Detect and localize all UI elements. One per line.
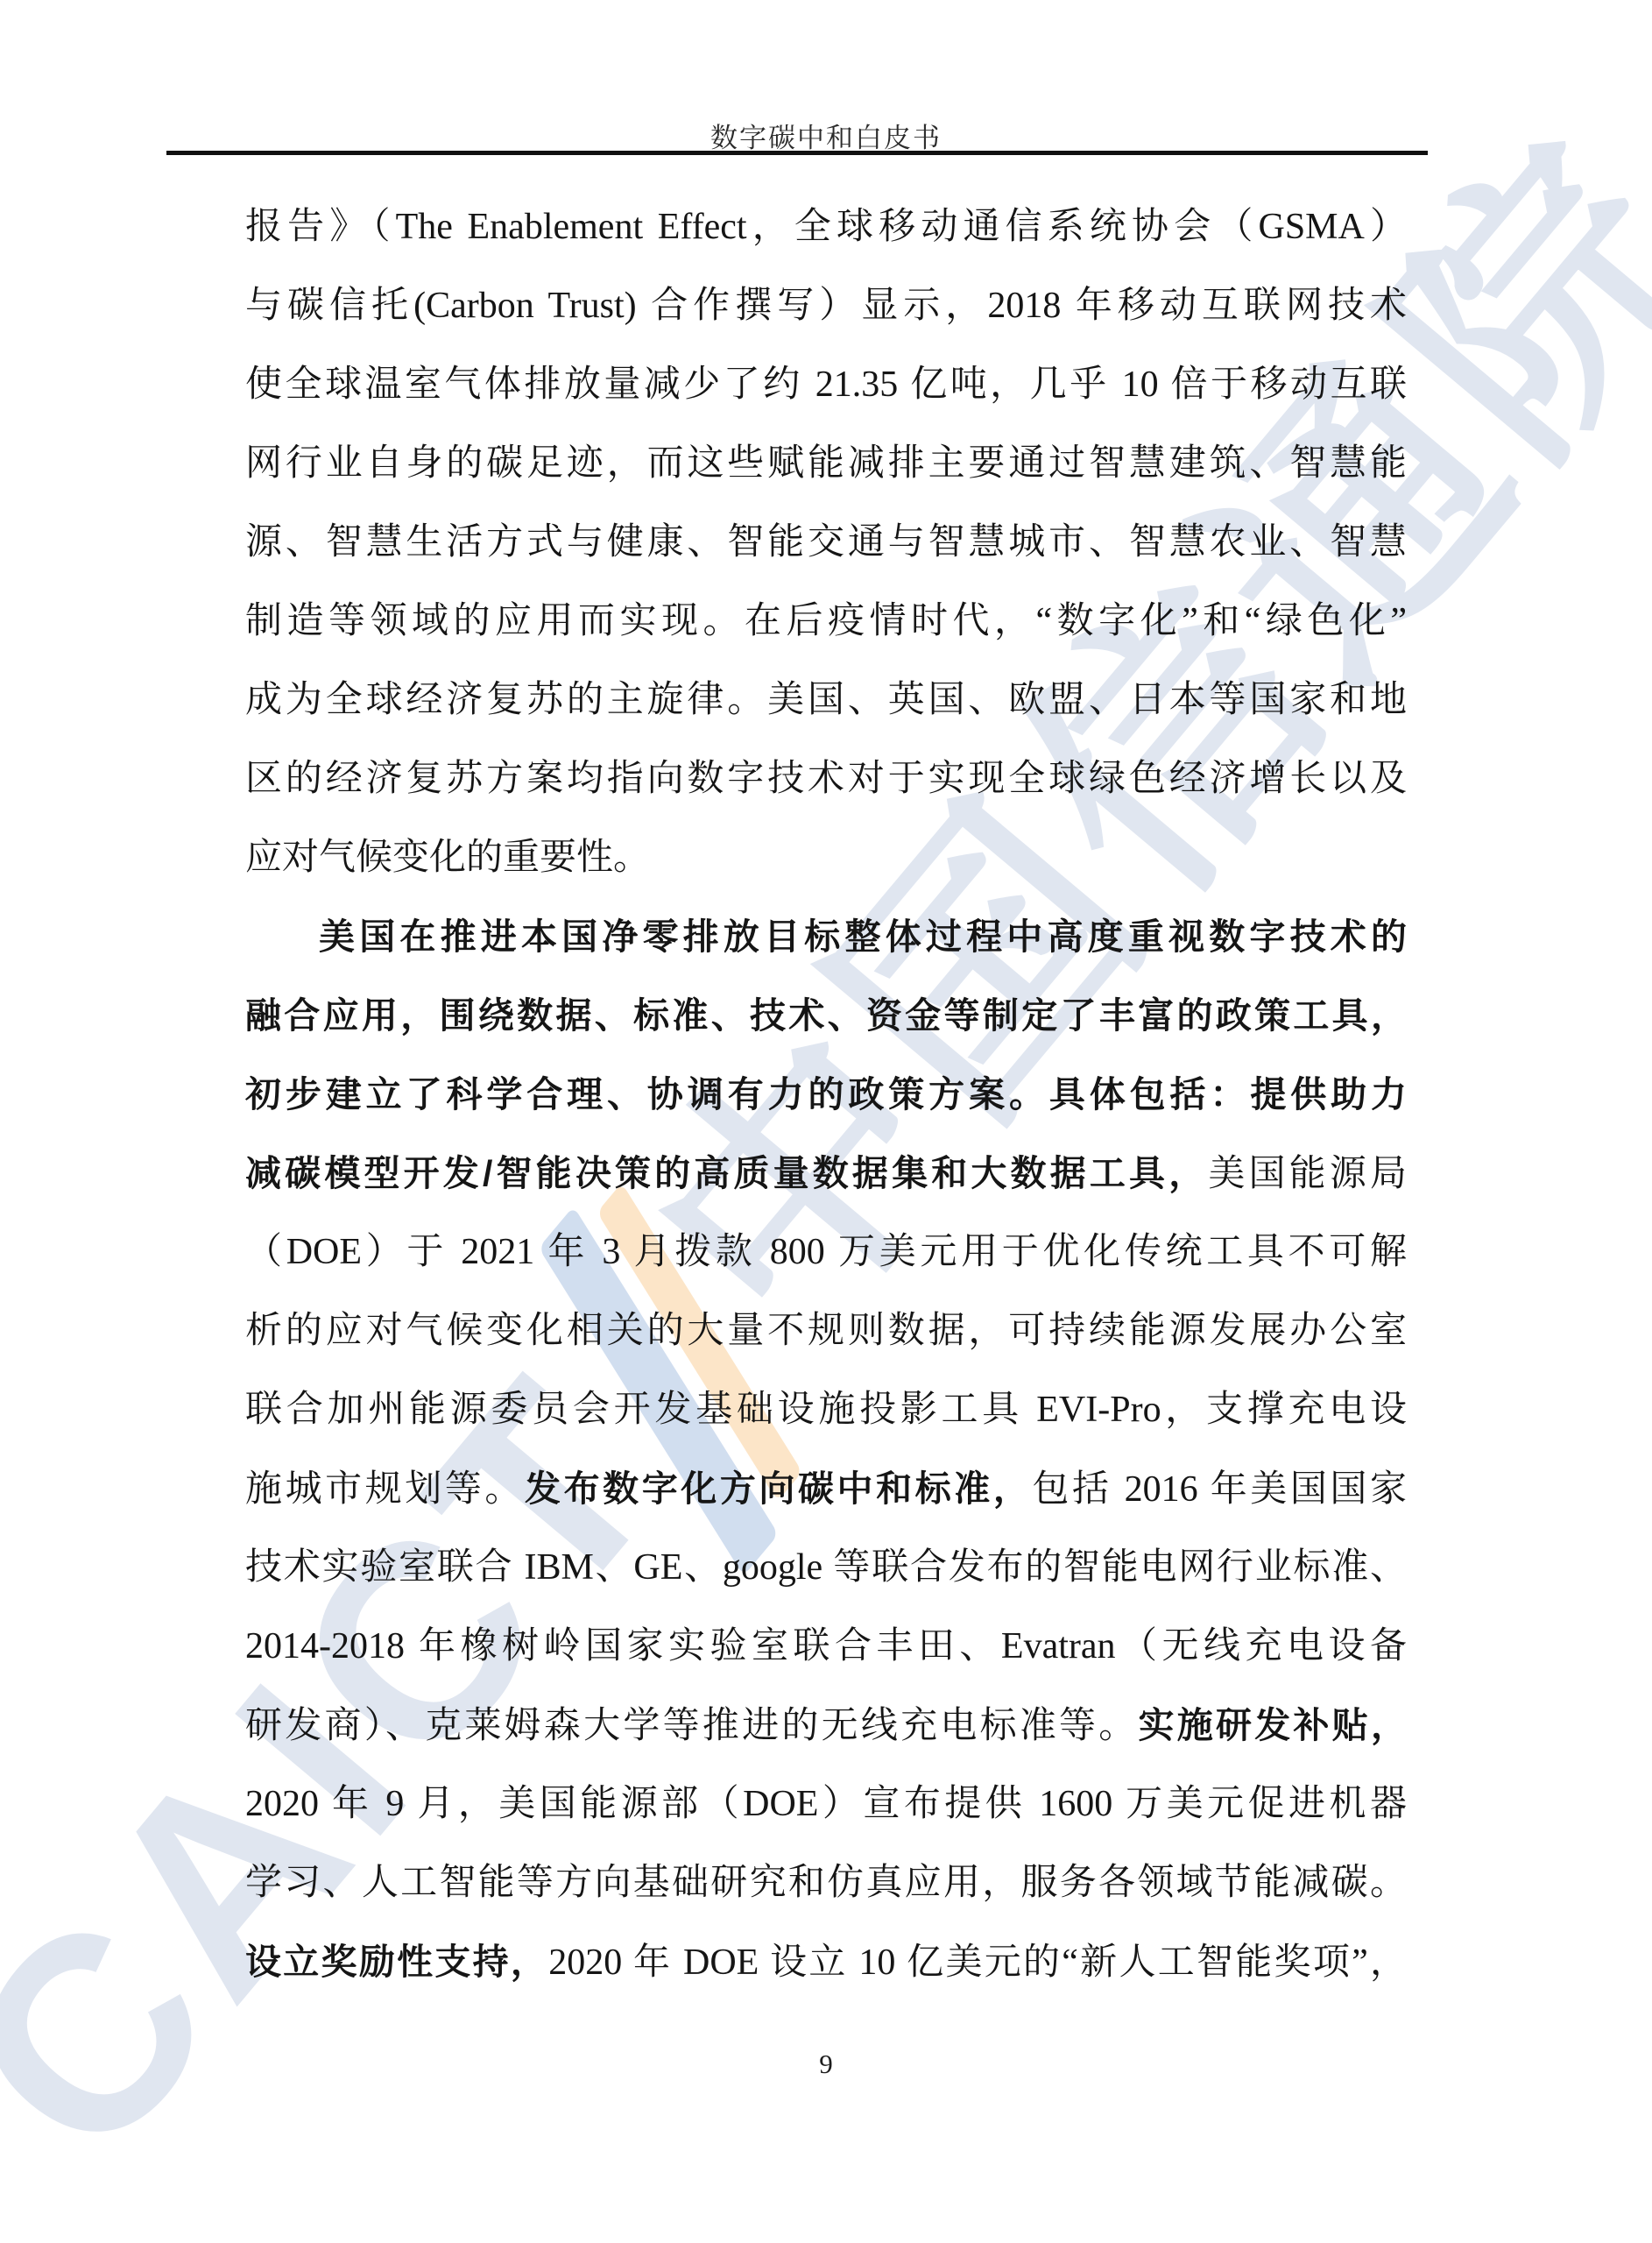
paragraph-line: 与碳信托(Carbon Trust) 合作撰写）显示，2018 年移动互联网技术 — [245, 266, 1407, 345]
paragraph-line: 初步建立了科学合理、协调有力的政策方案。具体包括：提供助力 — [245, 1055, 1407, 1134]
paragraph-line: 施城市规划等。发布数字化方向碳中和标准，包括 2016 年美国国家 — [245, 1449, 1407, 1528]
paragraph-line: 网行业自身的碳足迹，而这些赋能减排主要通过智慧建筑、智慧能 — [245, 424, 1407, 503]
text-run: 网行业自身的碳足迹，而这些赋能减排主要通过智慧建筑、智慧能 — [245, 443, 1407, 484]
paragraph-line: 联合加州能源委员会开发基础设施投影工具 EVI-Pro，支撑充电设 — [245, 1370, 1407, 1449]
header-rule — [166, 151, 1428, 155]
text-run: 区的经济复苏方案均指向数字技术对于实现全球绿色经济增长以及 — [245, 759, 1407, 799]
paragraph-line: 减碳模型开发/智能决策的高质量数据集和大数据工具，美国能源局 — [245, 1134, 1407, 1213]
paragraph-line: 美国在推进本国净零排放目标整体过程中高度重视数字技术的 — [245, 897, 1407, 976]
paragraph-line: 研发商）、克莱姆森大学等推进的无线充电标准等。实施研发补贴， — [245, 1686, 1407, 1765]
text-run: 美国能源局 — [1208, 1154, 1407, 1194]
text-run: 技术实验室联合 IBM、GE、google 等联合发布的智能电网行业标准、 — [245, 1547, 1407, 1588]
text-run: 与碳信托(Carbon Trust) 合作撰写）显示，2018 年移动互联网技术 — [245, 286, 1407, 326]
text-run: 包括 2016 年美国国家 — [1032, 1469, 1407, 1510]
bold-text-run: 实施研发补贴， — [1139, 1705, 1407, 1745]
text-run: 报告》（The Enablement Effect，全球移动通信系统协会（GSM… — [245, 207, 1407, 247]
text-run: 析的应对气候变化相关的大量不规则数据，可持续能源发展办公室 — [245, 1311, 1407, 1351]
document-page: CAICT中国信通院 数字碳中和白皮书 报告》（The Enablement E… — [0, 0, 1652, 2243]
paragraph-line: 应对气候变化的重要性。 — [245, 818, 1407, 897]
page-number: 9 — [0, 2048, 1652, 2080]
page-header-title: 数字碳中和白皮书 — [0, 116, 1652, 155]
text-run: 应对气候变化的重要性。 — [245, 838, 650, 878]
paragraph-line: 设立奖励性支持，2020 年 DOE 设立 10 亿美元的“新人工智能奖项”， — [245, 1922, 1407, 2001]
paragraph-line: 使全球温室气体排放量减少了约 21.35 亿吨，几乎 10 倍于移动互联 — [245, 345, 1407, 424]
paragraph-line: 2014-2018 年橡树岭国家实验室联合丰田、Evatran（无线充电设备 — [245, 1607, 1407, 1686]
paragraph-line: 析的应对气候变化相关的大量不规则数据，可持续能源发展办公室 — [245, 1291, 1407, 1370]
paragraph-line: 学习、人工智能等方向基础研究和仿真应用，服务各领域节能减碳。 — [245, 1843, 1407, 1922]
bold-text-run: 美国在推进本国净零排放目标整体过程中高度重视数字技术的 — [319, 916, 1407, 957]
bold-text-run: 融合应用，围绕数据、标准、技术、资金等制定了丰富的政策工具， — [245, 995, 1407, 1036]
text-run: （DOE）于 2021 年 3 月拨款 800 万美元用于优化传统工具不可解 — [245, 1232, 1407, 1272]
paragraph-line: 融合应用，围绕数据、标准、技术、资金等制定了丰富的政策工具， — [245, 976, 1407, 1055]
text-run: 联合加州能源委员会开发基础设施投影工具 EVI-Pro，支撑充电设 — [245, 1390, 1407, 1430]
text-run: 研发商）、克莱姆森大学等推进的无线充电标准等。 — [245, 1706, 1139, 1746]
text-run: 使全球温室气体排放量减少了约 21.35 亿吨，几乎 10 倍于移动互联 — [245, 364, 1407, 405]
text-run: 成为全球经济复苏的主旋律。美国、英国、欧盟、日本等国家和地 — [245, 680, 1407, 720]
text-run: 2014-2018 年橡树岭国家实验室联合丰田、Evatran（无线充电设备 — [245, 1626, 1407, 1666]
text-run: 学习、人工智能等方向基础研究和仿真应用，服务各领域节能减碳。 — [245, 1863, 1407, 1903]
bold-text-run: 初步建立了科学合理、协调有力的政策方案。具体包括：提供助力 — [245, 1074, 1407, 1114]
text-run: 2020 年 DOE 设立 10 亿美元的“新人工智能奖项”， — [548, 1942, 1407, 1983]
text-run: 施城市规划等。 — [245, 1469, 525, 1510]
paragraph-line: 技术实验室联合 IBM、GE、google 等联合发布的智能电网行业标准、 — [245, 1528, 1407, 1607]
bold-text-run: 减碳模型开发/智能决策的高质量数据集和大数据工具， — [245, 1153, 1208, 1193]
paragraph-line: （DOE）于 2021 年 3 月拨款 800 万美元用于优化传统工具不可解 — [245, 1213, 1407, 1291]
paragraph-line: 报告》（The Enablement Effect，全球移动通信系统协会（GSM… — [245, 188, 1407, 266]
text-run: 制造等领域的应用而实现。在后疫情时代，“数字化”和“绿色化” — [245, 601, 1407, 641]
bold-text-run: 发布数字化方向碳中和标准， — [525, 1468, 1032, 1509]
paragraph-line: 区的经济复苏方案均指向数字技术对于实现全球绿色经济增长以及 — [245, 739, 1407, 818]
bold-text-run: 设立奖励性支持， — [245, 1942, 548, 1982]
body-text: 报告》（The Enablement Effect，全球移动通信系统协会（GSM… — [245, 188, 1407, 2001]
paragraph-line: 2020 年 9 月，美国能源部（DOE）宣布提供 1600 万美元促进机器 — [245, 1765, 1407, 1843]
paragraph-line: 制造等领域的应用而实现。在后疫情时代，“数字化”和“绿色化” — [245, 582, 1407, 661]
paragraph-line: 源、智慧生活方式与健康、智能交通与智慧城市、智慧农业、智慧 — [245, 503, 1407, 582]
text-run: 2020 年 9 月，美国能源部（DOE）宣布提供 1600 万美元促进机器 — [245, 1784, 1407, 1824]
paragraph-line: 成为全球经济复苏的主旋律。美国、英国、欧盟、日本等国家和地 — [245, 661, 1407, 739]
text-run: 源、智慧生活方式与健康、智能交通与智慧城市、智慧农业、智慧 — [245, 522, 1407, 563]
